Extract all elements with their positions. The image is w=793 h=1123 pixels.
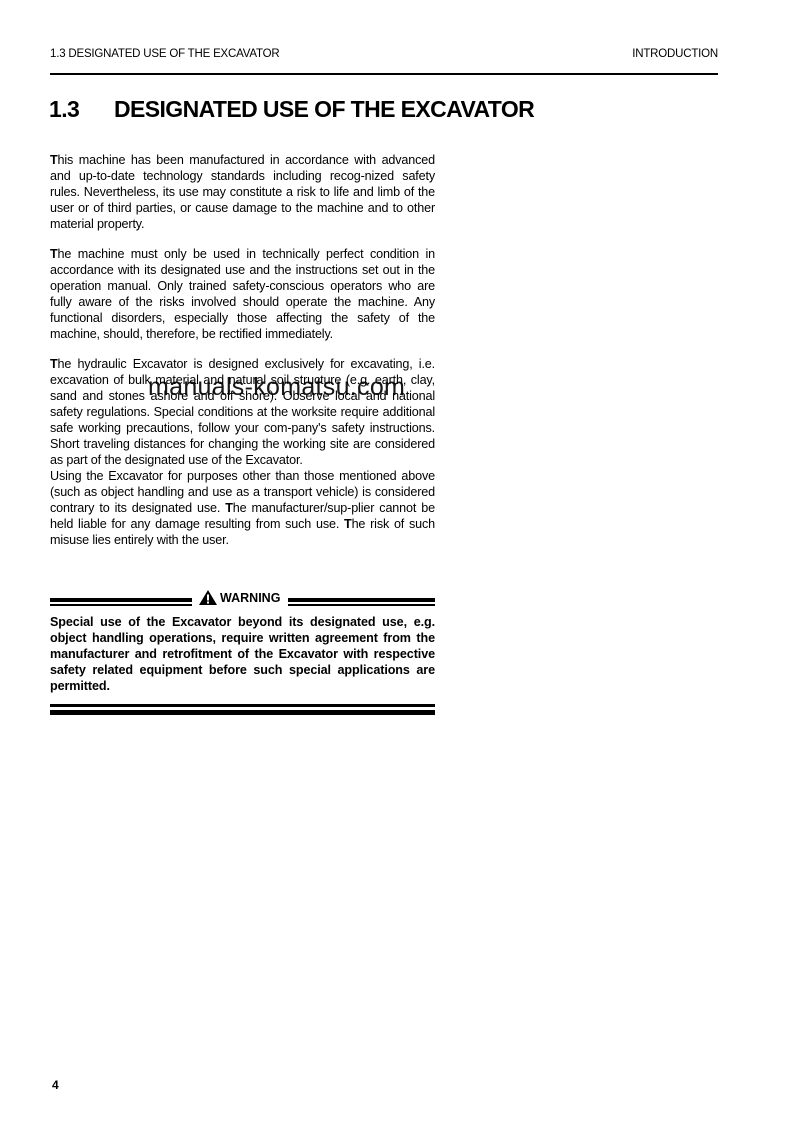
paragraph: This machine has been manufactured in ac… — [50, 152, 435, 232]
section-number: 1.3 — [49, 96, 114, 123]
warning-footer-rule — [50, 704, 435, 715]
warning-box: WARNING Special use of the Excavator bey… — [50, 590, 435, 715]
running-header: 1.3 DESIGNATED USE OF THE EXCAVATOR INTR… — [50, 48, 718, 62]
warning-label-text: WARNING — [220, 591, 280, 605]
running-header-section: 1.3 DESIGNATED USE OF THE EXCAVATOR — [50, 48, 279, 60]
section-title: 1.3DESIGNATED USE OF THE EXCAVATOR — [49, 96, 534, 123]
bold-letter: T — [344, 517, 352, 531]
warning-triangle-icon — [199, 590, 217, 605]
warning-header: WARNING — [50, 590, 435, 608]
bold-letter: T — [225, 501, 233, 515]
dropcap: T — [50, 153, 58, 167]
body-text: This machine has been manufactured in ac… — [50, 152, 435, 562]
running-header-chapter: INTRODUCTION — [632, 48, 718, 60]
paragraph-text: his machine has been manufactured in acc… — [50, 153, 435, 231]
dropcap: T — [50, 357, 58, 371]
warning-rule-right — [288, 596, 435, 604]
warning-rule-left — [50, 596, 192, 604]
paragraph-text: he machine must only be used in technica… — [50, 247, 435, 341]
dropcap: T — [50, 247, 58, 261]
watermark: manuals-komatsu.com — [148, 373, 405, 402]
warning-label: WARNING — [199, 590, 280, 605]
section-title-text: DESIGNATED USE OF THE EXCAVATOR — [114, 96, 534, 122]
header-rule — [50, 73, 718, 75]
paragraph: Using the Excavator for purposes other t… — [50, 468, 435, 548]
paragraph: The machine must only be used in technic… — [50, 246, 435, 342]
warning-text: Special use of the Excavator beyond its … — [50, 614, 435, 694]
page-number: 4 — [52, 1078, 59, 1092]
